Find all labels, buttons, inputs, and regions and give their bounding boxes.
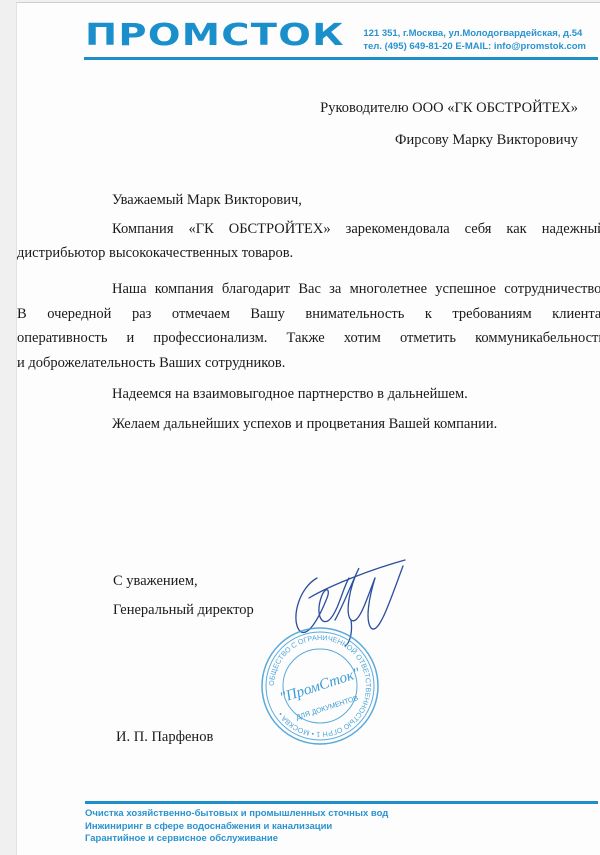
paragraph-2-line-3: оперативность и профессионализм. Также х… xyxy=(17,326,600,351)
paragraph-2-line-4: и доброжелательность Ваших сотрудников. xyxy=(17,351,510,376)
company-logo: ПРОМСТОК xyxy=(85,19,345,53)
company-phone-email: тел. (495) 649-81-20 E-MAIL: info@promst… xyxy=(363,40,586,53)
paragraph-1-line-2: дистрибьютор высококачественных товаров. xyxy=(17,242,600,266)
letter-page: ПРОМСТОК 121 351, г.Москва, ул.Молодогва… xyxy=(16,2,600,855)
closing-phrase: С уважением, xyxy=(113,573,198,590)
company-address: 121 351, г.Москва, ул.Молодогвардейская,… xyxy=(363,27,586,40)
header-divider xyxy=(84,57,598,60)
signer-position: Генеральный директор xyxy=(113,602,254,619)
letter-paragraph-1: Компания «ГК ОБСТРОЙТЕХ» зарекомендовала… xyxy=(112,218,600,265)
addressee-title: Руководителю ООО «ГК ОБСТРОЙТЕХ» xyxy=(320,92,578,124)
footer-divider xyxy=(85,801,598,804)
addressee-name: Фирсову Марку Викторовичу xyxy=(320,124,578,156)
paragraph-2-line-1: Наша компания благодарит Вас за многолет… xyxy=(112,277,600,302)
letter-paragraph-3: Надеемся на взаимовыгодное партнерство в… xyxy=(112,386,468,403)
letter-paragraph-4: Желаем дальнейших успехов и процветания … xyxy=(112,416,497,433)
footer-services: Очистка хозяйственно-бытовых и промышлен… xyxy=(85,808,388,846)
letterhead-contacts: 121 351, г.Москва, ул.Молодогвардейская,… xyxy=(363,27,586,53)
footer-line-2: Инжиниринг в сфере водоснабжения и канал… xyxy=(85,821,388,834)
paragraph-2-line-2: В очередной раз отмечаем Вашу внимательн… xyxy=(17,302,600,327)
letter-greeting: Уважаемый Марк Викторович, xyxy=(112,189,600,213)
footer-line-3: Гарантийное и сервисное обслуживание xyxy=(85,833,388,846)
footer-line-1: Очистка хозяйственно-бытовых и промышлен… xyxy=(85,808,388,821)
addressee-block: Руководителю ООО «ГК ОБСТРОЙТЕХ» Фирсову… xyxy=(320,92,578,156)
company-seal-icon: ОБЩЕСТВО С ОГРАНИЧЕННОЙ ОТВЕТСТВЕННОСТЬЮ… xyxy=(257,623,383,749)
signer-name: И. П. Парфенов xyxy=(116,729,213,746)
paragraph-1-line-1: Компания «ГК ОБСТРОЙТЕХ» зарекомендовала… xyxy=(112,218,600,242)
letter-paragraph-2: Наша компания благодарит Вас за многолет… xyxy=(112,277,600,375)
